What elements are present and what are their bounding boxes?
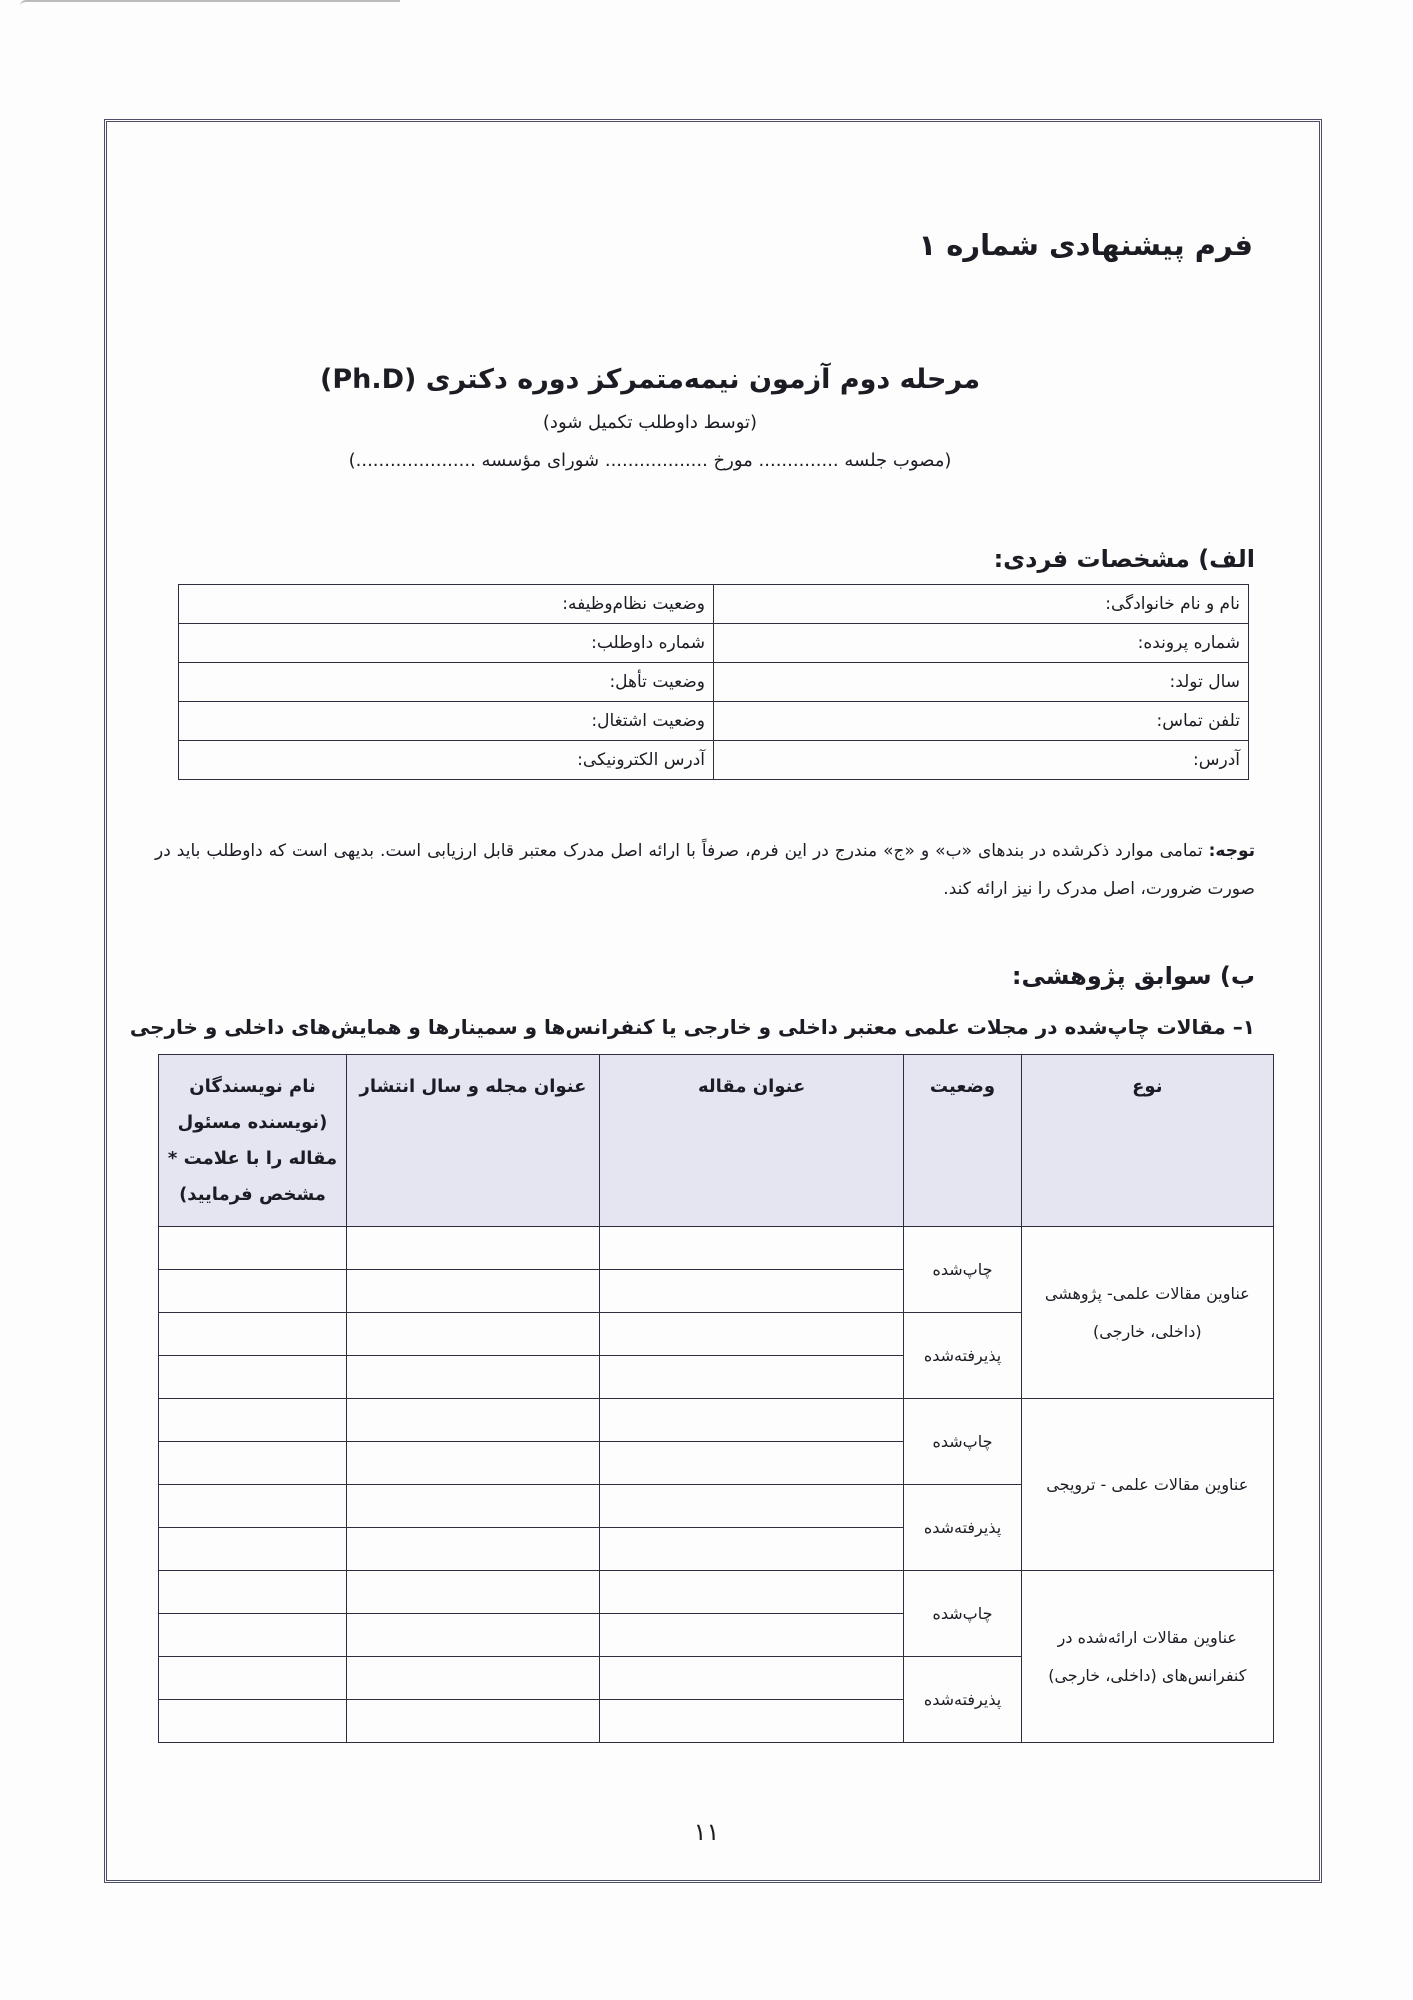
articles-table: نوع وضعیت عنوان مقاله عنوان مجله و سال ا… — [158, 1054, 1274, 1743]
article-title-cell[interactable] — [599, 1227, 904, 1270]
article-title-cell[interactable] — [599, 1657, 904, 1700]
articles-header-row: نوع وضعیت عنوان مقاله عنوان مجله و سال ا… — [159, 1055, 1274, 1227]
info-field[interactable]: وضعیت اشتغال: — [179, 702, 714, 741]
authors-cell[interactable] — [159, 1485, 347, 1528]
article-title-cell[interactable] — [599, 1571, 904, 1614]
form-title: فرم پیشنهادی شماره ۱ — [918, 228, 1253, 262]
authors-cell[interactable] — [159, 1571, 347, 1614]
header-article-title: عنوان مقاله — [599, 1055, 904, 1227]
type-cell: عناوین مقالات علمی- پژوهشی (داخلی، خارجی… — [1021, 1227, 1273, 1399]
journal-cell[interactable] — [347, 1399, 600, 1442]
header-status: وضعیت — [904, 1055, 1021, 1227]
table-row: عناوین مقالات ارائه‌شده در کنفرانس‌های (… — [159, 1571, 1274, 1614]
authors-cell[interactable] — [159, 1442, 347, 1485]
journal-cell[interactable] — [347, 1657, 600, 1700]
info-row: تلفن تماس: وضعیت اشتغال: — [179, 702, 1249, 741]
authors-cell[interactable] — [159, 1528, 347, 1571]
header-authors: نام نویسندگان (نویسنده مسئول مقاله را با… — [159, 1055, 347, 1227]
journal-cell[interactable] — [347, 1227, 600, 1270]
info-row: سال تولد: وضعیت تأهل: — [179, 663, 1249, 702]
info-field[interactable]: سال تولد: — [714, 663, 1249, 702]
article-title-cell[interactable] — [599, 1356, 904, 1399]
header-type: نوع — [1021, 1055, 1273, 1227]
journal-cell[interactable] — [347, 1571, 600, 1614]
journal-cell[interactable] — [347, 1528, 600, 1571]
note-paragraph: توجه: تمامی موارد ذکرشده در بندهای «ب» و… — [155, 832, 1255, 908]
article-title-cell[interactable] — [599, 1614, 904, 1657]
journal-cell[interactable] — [347, 1485, 600, 1528]
article-title-cell[interactable] — [599, 1442, 904, 1485]
info-field[interactable]: شماره داوطلب: — [179, 624, 714, 663]
info-field[interactable]: وضعیت نظام‌وظیفه: — [179, 585, 714, 624]
authors-cell[interactable] — [159, 1313, 347, 1356]
article-title-cell[interactable] — [599, 1313, 904, 1356]
authors-cell[interactable] — [159, 1270, 347, 1313]
note-label: توجه: — [1209, 841, 1255, 861]
journal-cell[interactable] — [347, 1442, 600, 1485]
table-row: عناوین مقالات علمی - ترویجی چاپ‌شده — [159, 1399, 1274, 1442]
info-field[interactable]: نام و نام خانوادگی: — [714, 585, 1249, 624]
article-title-cell[interactable] — [599, 1485, 904, 1528]
note-text: تمامی موارد ذکرشده در بندهای «ب» و «ج» م… — [155, 841, 1255, 899]
info-field[interactable]: وضعیت تأهل: — [179, 663, 714, 702]
journal-cell[interactable] — [347, 1614, 600, 1657]
info-row: نام و نام خانوادگی: وضعیت نظام‌وظیفه: — [179, 585, 1249, 624]
authors-cell[interactable] — [159, 1399, 347, 1442]
journal-cell[interactable] — [347, 1356, 600, 1399]
status-cell: پذیرفته‌شده — [904, 1657, 1021, 1743]
subtitle: (توسط داوطلب تکمیل شود) — [0, 412, 1300, 433]
article-title-cell[interactable] — [599, 1700, 904, 1743]
article-title-cell[interactable] — [599, 1270, 904, 1313]
info-field[interactable]: شماره پرونده: — [714, 624, 1249, 663]
info-field[interactable]: تلفن تماس: — [714, 702, 1249, 741]
info-row: آدرس: آدرس الکترونیکی: — [179, 741, 1249, 780]
info-field[interactable]: آدرس الکترونیکی: — [179, 741, 714, 780]
type-cell: عناوین مقالات علمی - ترویجی — [1021, 1399, 1273, 1571]
article-title-cell[interactable] — [599, 1528, 904, 1571]
journal-cell[interactable] — [347, 1700, 600, 1743]
authors-cell[interactable] — [159, 1356, 347, 1399]
status-cell: پذیرفته‌شده — [904, 1485, 1021, 1571]
main-title: مرحله دوم آزمون نیمه‌متمرکز دوره دکتری (… — [0, 364, 1300, 395]
authors-cell[interactable] — [159, 1657, 347, 1700]
section-b-heading: ب) سوابق پژوهشی: — [1012, 962, 1255, 990]
info-row: شماره پرونده: شماره داوطلب: — [179, 624, 1249, 663]
approval-line: (مصوب جلسه .............. مورخ .........… — [0, 450, 1300, 471]
status-cell: پذیرفته‌شده — [904, 1313, 1021, 1399]
authors-cell[interactable] — [159, 1700, 347, 1743]
journal-cell[interactable] — [347, 1313, 600, 1356]
page-number: ۱۱ — [0, 1818, 1413, 1846]
table-row: عناوین مقالات علمی- پژوهشی (داخلی، خارجی… — [159, 1227, 1274, 1270]
authors-cell[interactable] — [159, 1227, 347, 1270]
type-cell: عناوین مقالات ارائه‌شده در کنفرانس‌های (… — [1021, 1571, 1273, 1743]
article-title-cell[interactable] — [599, 1399, 904, 1442]
status-cell: چاپ‌شده — [904, 1571, 1021, 1657]
journal-cell[interactable] — [347, 1270, 600, 1313]
status-cell: چاپ‌شده — [904, 1399, 1021, 1485]
authors-cell[interactable] — [159, 1614, 347, 1657]
section-b-item1: ۱– مقالات چاپ‌شده در مجلات علمی معتبر دا… — [130, 1015, 1255, 1039]
info-field[interactable]: آدرس: — [714, 741, 1249, 780]
scan-artifact — [20, 0, 400, 6]
section-a-heading: الف) مشخصات فردی: — [994, 545, 1255, 573]
status-cell: چاپ‌شده — [904, 1227, 1021, 1313]
header-journal-year: عنوان مجله و سال انتشار — [347, 1055, 600, 1227]
personal-info-table: نام و نام خانوادگی: وضعیت نظام‌وظیفه: شم… — [178, 584, 1249, 780]
